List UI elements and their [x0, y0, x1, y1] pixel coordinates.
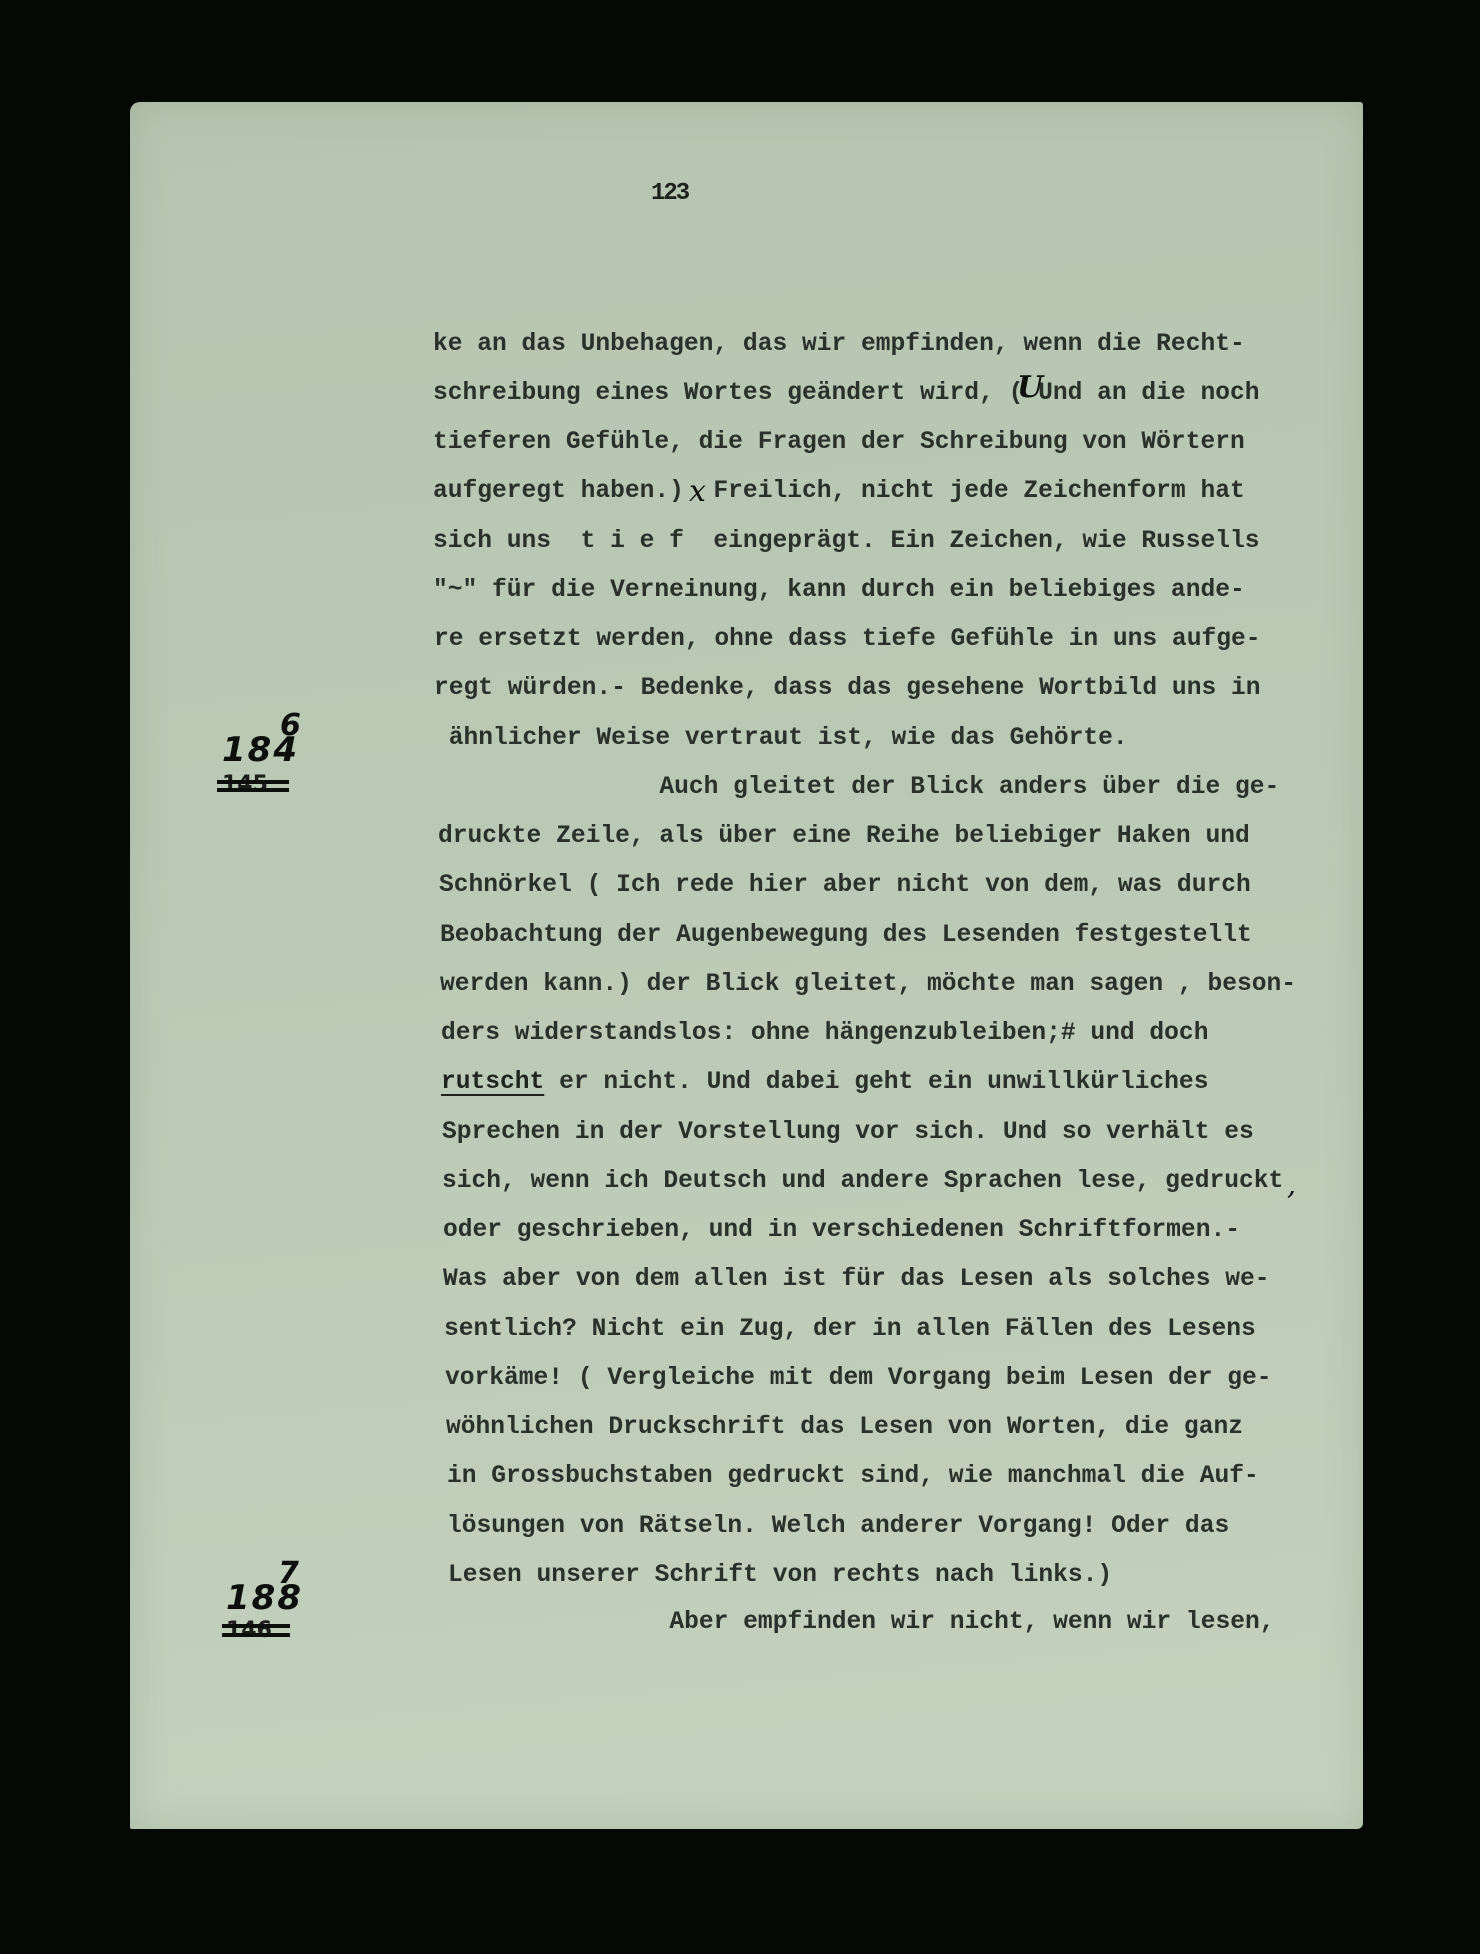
margin-folio-note-2: 188 7 146: [226, 1578, 316, 1648]
text-line: Lesen unserer Schrift von rechts nach li…: [448, 1564, 1112, 1589]
text-line: sich uns t i e f eingeprägt. Ein Zeichen…: [433, 530, 1260, 555]
text-line: ähnlicher Weise vertraut ist, wie das Ge…: [434, 727, 1128, 752]
text-line-rest: er nicht. Und dabei geht ein unwillkürli…: [544, 1069, 1208, 1096]
text-line: lösungen von Rätseln. Welch anderer Vorg…: [447, 1515, 1229, 1540]
text-line: sich, wenn ich Deutsch und andere Sprach…: [442, 1170, 1283, 1195]
text-line: in Grossbuchstaben gedruckt sind, wie ma…: [447, 1465, 1259, 1490]
paragraph-start-line: Aber empfinden wir nicht, wenn wir lesen…: [448, 1611, 1275, 1636]
underlined-word: rutscht: [441, 1069, 544, 1096]
text-line: tieferen Gefühle, die Fragen der Schreib…: [433, 431, 1245, 456]
text-line: ders widerstandslos: ohne hängenzubleibe…: [441, 1022, 1208, 1047]
struck-folio-number: 146: [226, 1618, 272, 1643]
text-line: regt würden.- Bedenke, dass das gesehene…: [434, 677, 1261, 702]
text-line: Sprechen in der Vorstellung vor sich. Un…: [442, 1121, 1254, 1146]
text-line: Was aber von dem allen ist für das Lesen…: [443, 1268, 1270, 1293]
paragraph-start-line: Auch gleitet der Blick anders über die g…: [438, 776, 1279, 801]
strike-line: [222, 1624, 290, 1628]
handwritten-correction-und: U: [1017, 370, 1043, 405]
strike-line: [222, 1633, 290, 1637]
struck-folio-number: 145: [222, 772, 268, 797]
text-line: vorkäme! ( Vergleiche mit dem Vorgang be…: [445, 1367, 1272, 1392]
text-line: re ersetzt werden, ohne dass tiefe Gefüh…: [434, 628, 1261, 653]
text-line: aufgeregt haben.) Freilich, nicht jede Z…: [433, 480, 1245, 505]
text-line: wöhnlichen Druckschrift das Lesen von Wo…: [446, 1416, 1243, 1441]
folio-correction-digit: 6: [280, 708, 301, 743]
text-line: Beobachtung der Augenbewegung des Lesend…: [440, 924, 1252, 949]
text-line: rutscht er nicht. Und dabei geht ein unw…: [441, 1071, 1208, 1096]
folio-correction-digit: 7: [278, 1556, 299, 1591]
folio-base: 18: [222, 730, 273, 770]
text-line: Schnörkel ( Ich rede hier aber nicht von…: [439, 874, 1251, 899]
text-line: "~" für die Verneinung, kann durch ein b…: [433, 579, 1245, 604]
margin-folio-note-1: 184 6 145: [222, 730, 312, 800]
folio-base: 18: [226, 1578, 277, 1618]
strike-line: [217, 780, 289, 784]
strike-line: [217, 788, 289, 792]
text-line: sentlich? Nicht ein Zug, der in allen Fä…: [444, 1318, 1256, 1343]
text-line: druckte Zeile, als über eine Reihe belie…: [438, 825, 1250, 850]
text-line: ke an das Unbehagen, das wir empfinden, …: [433, 333, 1245, 358]
text-line: schreibung eines Wortes geändert wird, (…: [433, 382, 1260, 407]
handwritten-comma-mark: ,: [1287, 1168, 1296, 1201]
text-line: oder geschrieben, und in verschiedenen S…: [443, 1219, 1240, 1244]
text-line: werden kann.) der Blick gleitet, möchte …: [440, 973, 1296, 998]
page-number: 123: [651, 180, 688, 207]
handwritten-insertion-mark: x: [689, 474, 706, 509]
